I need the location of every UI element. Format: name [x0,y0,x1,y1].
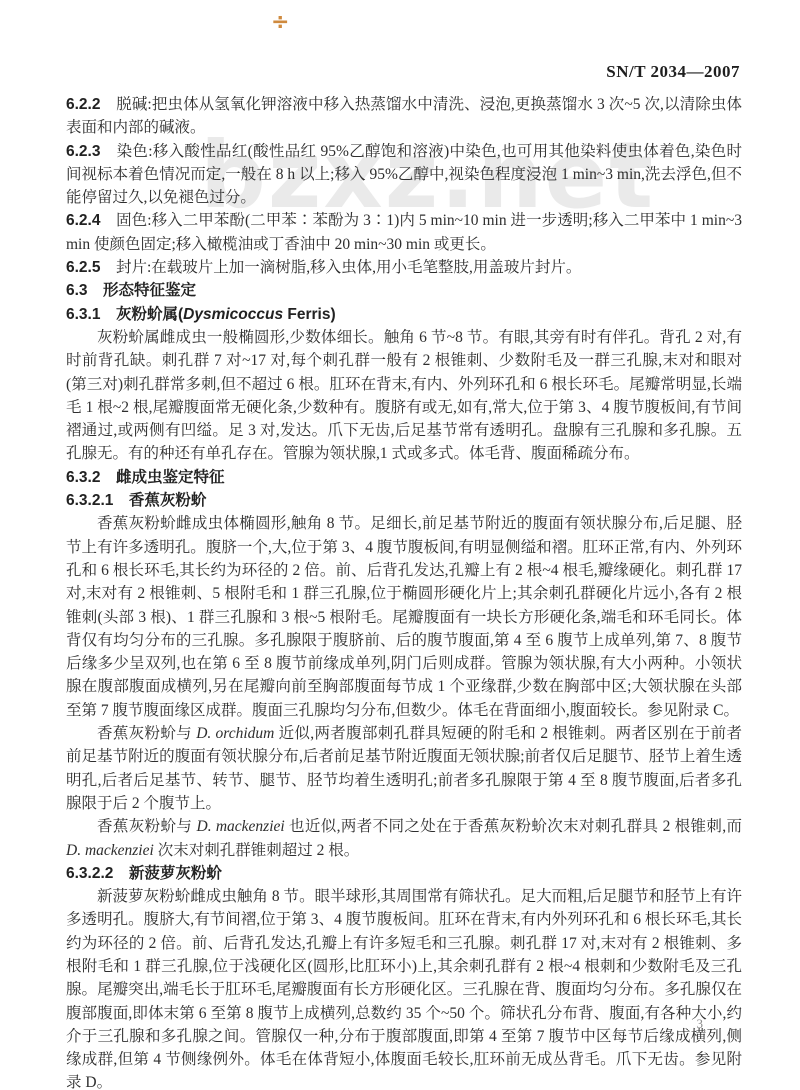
text-run: 香蕉灰粉蚧与 [97,818,197,835]
paragraph: 新菠萝灰粉蚧雌成虫触角 8 节。眼半球形,其周围常有筛状孔。足大而粗,后足腿节和… [66,885,742,1090]
text-run: 也近似,两者不同之处在于香蕉灰粉蚧次末对刺孔群具 2 根锥刺,而 [285,818,742,835]
heading-6.3: 6.3 形态特征鉴定 [66,279,742,302]
text-run: Dysmicoccus [183,306,283,323]
standard-number: SN/T 2034—2007 [606,62,740,82]
text-run: 6.2.4 [66,212,100,229]
document-page: ÷ SN/T 2034—2007 bzxz.net 6.2.2 脱碱:把虫体从氢… [0,0,800,1090]
text-run: 新菠萝灰粉蚧雌成虫触角 8 节。眼半球形,其周围常有筛状孔。足大而粗,后足腿节和… [66,888,742,1090]
text-run: 染色:移入酸性品红(酸性品红 95%乙醇饱和溶液)中染色,也可用其他染料使虫体着… [66,143,742,207]
paragraph: 香蕉灰粉蚧与 D. mackenziei 也近似,两者不同之处在于香蕉灰粉蚧次末… [66,815,742,862]
divide-decoration-icon: ÷ [271,10,289,35]
text-run: D. orchidum [196,725,274,742]
text-run: 次末对刺孔群锥刺超过 2 根。 [154,842,359,859]
paragraph: 香蕉灰粉蚧与 D. orchidum 近似,两者腹部刺孔群具短硬的附毛和 2 根… [66,722,742,815]
heading-6.3.2.1: 6.3.2.1 香蕉灰粉蚧 [66,489,742,512]
text-run: 6.3 形态特征鉴定 [66,282,196,299]
text-run: 灰粉蚧属雌成虫一般椭圆形,少数体细长。触角 6 节~8 节。有眼,其旁有时有伴孔… [66,329,742,462]
text-run: 6.2.5 [66,259,100,276]
clause-6.2.4: 6.2.4 固色:移入二甲苯酚(二甲苯∶苯酚为 3∶1)内 5 min~10 m… [66,209,742,256]
document-body: 6.2.2 脱碱:把虫体从氢氧化钾溶液中移入热蒸馏水中清洗、浸泡,更换蒸馏水 3… [66,93,742,1090]
text-run: 6.3.2.1 香蕉灰粉蚧 [66,492,206,509]
text-run: 脱碱:把虫体从氢氧化钾溶液中移入热蒸馏水中清洗、浸泡,更换蒸馏水 3 次~5 次… [66,96,742,136]
text-run: 固色:移入二甲苯酚(二甲苯∶苯酚为 3∶1)内 5 min~10 min 进一步… [66,212,742,252]
text-run: 香蕉灰粉蚧与 [97,725,196,742]
paragraph: 灰粉蚧属雌成虫一般椭圆形,少数体细长。触角 6 节~8 节。有眼,其旁有时有伴孔… [66,326,742,466]
heading-6.3.1: 6.3.1 灰粉蚧属(Dysmicoccus Ferris) [66,303,742,326]
paragraph: 香蕉灰粉蚧雌成虫体椭圆形,触角 8 节。足细长,前足基节附近的腹面有领状腺分布,… [66,512,742,722]
text-run: Ferris) [283,306,336,323]
clause-6.2.5: 6.2.5 封片:在载玻片上加一滴树脂,移入虫体,用小毛笔整肢,用盖玻片封片。 [66,256,742,279]
text-run: 6.2.3 [66,143,100,160]
text-run: 6.3.1 灰粉蚧属( [66,306,183,323]
text-run: 香蕉灰粉蚧雌成虫体椭圆形,触角 8 节。足细长,前足基节附近的腹面有领状腺分布,… [66,515,742,718]
heading-6.3.2.2: 6.3.2.2 新菠萝灰粉蚧 [66,862,742,885]
text-run: 6.3.2.2 新菠萝灰粉蚧 [66,865,222,882]
text-run: 6.2.2 [66,96,100,113]
heading-6.3.2: 6.3.2 雌成虫鉴定特征 [66,466,742,489]
clause-6.2.3: 6.2.3 染色:移入酸性品红(酸性品红 95%乙醇饱和溶液)中染色,也可用其他… [66,140,742,210]
clause-6.2.2: 6.2.2 脱碱:把虫体从氢氧化钾溶液中移入热蒸馏水中清洗、浸泡,更换蒸馏水 3… [66,93,742,140]
text-run: D. mackenziei [197,818,285,835]
text-run: 封片:在载玻片上加一滴树脂,移入虫体,用小毛笔整肢,用盖玻片封片。 [100,259,581,276]
text-run: D. mackenziei [66,842,154,859]
text-run: 6.3.2 雌成虫鉴定特征 [66,469,224,486]
